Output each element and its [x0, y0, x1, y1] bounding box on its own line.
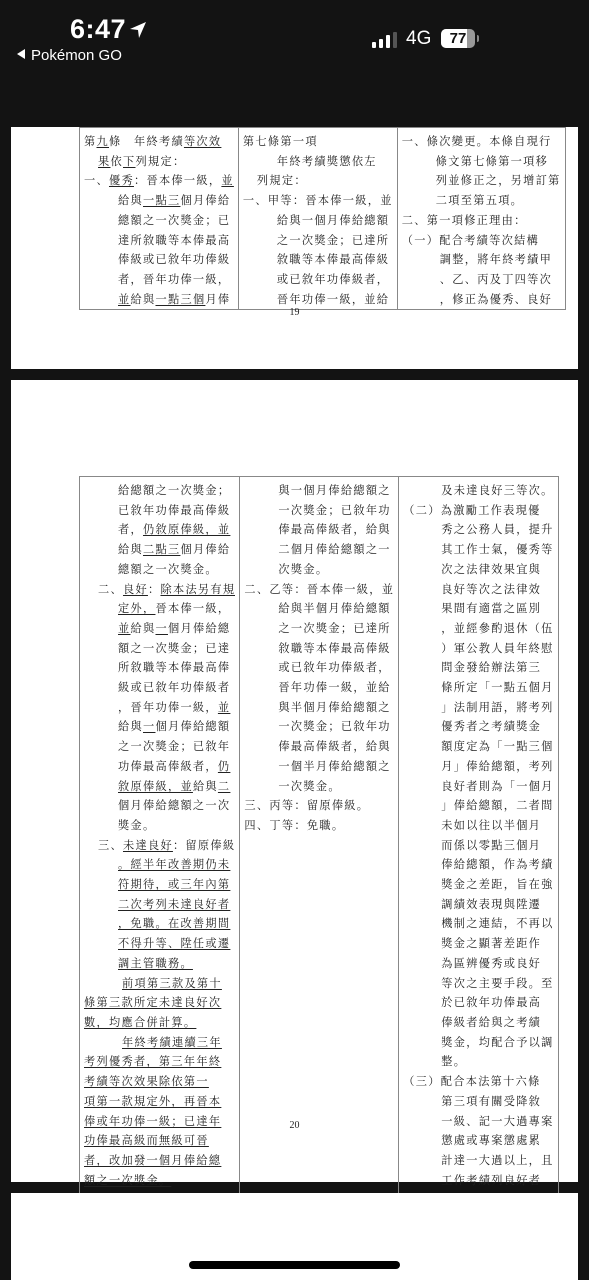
document-page-19: 第九條 年終考績等次效 果依下列規定： 一、優秀：晉本俸一級，並 給與一點三個月…	[11, 127, 578, 369]
text-line: 者，仍敘原俸級，並	[84, 520, 235, 540]
text-line: 二、良好：除本法另有規	[84, 580, 235, 600]
text-line: 不得升等、陞任或遷	[84, 934, 235, 954]
text-line: 獎金之差距，旨在強	[403, 875, 553, 895]
battery-tip	[477, 35, 479, 42]
text-line: 條所定「一點五個月	[403, 678, 553, 698]
text-line: 額度定為「一點三個	[403, 737, 553, 757]
text-line: 前項第三款及第十	[84, 974, 235, 994]
text-line: 等次之主要手段。至	[403, 974, 553, 994]
text-line: 獎金。	[84, 816, 235, 836]
text-line: 良好等次之法律效	[403, 580, 553, 600]
text-line: 總額之一次獎金。	[84, 560, 235, 580]
col-current-text: 與一個月俸給總額之 一次獎金；已敘年功 俸最高俸級者，給與 二個月俸給總額之一 …	[240, 477, 399, 1211]
battery-percent: 77	[441, 29, 475, 48]
text-line: 調整，將年終考績甲	[402, 250, 561, 270]
text-line: 俸最高俸級者，給與	[244, 520, 394, 540]
text-line: 調績效表現與陞遷	[403, 895, 553, 915]
text-line: 月」俸給總額，考列	[403, 757, 553, 777]
text-line: 問金發給辦法第三	[403, 658, 553, 678]
text-line: 俸級者給與之考績	[403, 1013, 553, 1033]
text-line: 考列優秀者，第三年年終	[84, 1052, 235, 1072]
text-line: 定外，晉本俸一級，	[84, 599, 235, 619]
comparison-table: 給總額之一次獎金； 已敘年功俸最高俸級 者，仍敘原俸級，並 給與二點三個月俸給 …	[79, 476, 559, 1211]
text-line: 一、優秀：晉本俸一級，並	[84, 171, 234, 191]
text-line: 給與一點三個月俸給	[84, 191, 234, 211]
text-line: ）軍公教人員年終慰	[403, 639, 553, 659]
text-line: 懲處或專案懲處累	[403, 1131, 553, 1151]
text-line: 未如以往以半個月	[403, 816, 553, 836]
text-line: 一、甲等：晉本俸一級，並	[243, 191, 393, 211]
text-line: 第七條第一項	[243, 132, 393, 152]
text-line: 二、乙等：晉本俸一級，並	[244, 580, 394, 600]
text-line: 給與半個月俸給總額	[244, 599, 394, 619]
text-line: 二個月俸給總額之一	[244, 540, 394, 560]
text-line: 獎金，均配合予以調	[403, 1033, 553, 1053]
text-line: 晉年功俸一級，並給	[244, 678, 394, 698]
battery-icon: 77	[441, 29, 475, 48]
text-line: 之一次獎金；已達所	[243, 231, 393, 251]
text-line: 列並修正之，另增訂第	[402, 171, 561, 191]
text-line: 於已敘年功俸最高	[403, 993, 553, 1013]
comparison-table: 第九條 年終考績等次效 果依下列規定： 一、優秀：晉本俸一級，並 給與一點三個月…	[79, 127, 566, 310]
text-line: 整。	[403, 1052, 553, 1072]
text-line: 者，晉年功俸一級，	[84, 270, 234, 290]
text-line: 四、丁等：免職。	[244, 816, 394, 836]
text-line: 敘職等本俸最高俸級	[244, 639, 394, 659]
text-line: 或已敘年功俸級者，	[244, 658, 394, 678]
text-line: 之一次獎金；已敘年	[84, 737, 235, 757]
text-line: 次獎金。	[244, 560, 394, 580]
text-line: 額之一次獎金；已達	[84, 639, 235, 659]
text-line: 給與二點三個月俸給	[84, 540, 235, 560]
text-line: （一）配合考績等次結構	[402, 231, 561, 251]
text-line: 良好者則為「一個月	[403, 777, 553, 797]
text-line: 考績等次效果除依第一	[84, 1072, 235, 1092]
text-line: 三、丙等：留原俸級。	[244, 796, 394, 816]
text-line: 並給與一個月俸給總	[84, 619, 235, 639]
text-line: 俸最高俸級者，給與	[244, 737, 394, 757]
text-line: 達所敘職等本俸最高	[84, 231, 234, 251]
network-type: 4G	[406, 28, 431, 50]
text-line: 條第三款所定未達良好次	[84, 993, 235, 1013]
text-line: 果依下列規定：	[84, 152, 234, 172]
text-line: 一個半月俸給總額之	[244, 757, 394, 777]
text-line: 與一個月俸給總額之	[244, 481, 394, 501]
page-number: 19	[11, 307, 578, 318]
text-line: 果間有適當之區別	[403, 599, 553, 619]
col-amended-text: 給總額之一次獎金； 已敘年功俸最高俸級 者，仍敘原俸級，並 給與二點三個月俸給 …	[80, 477, 240, 1211]
text-line: 俸級或已敘年功俸級	[84, 250, 234, 270]
text-line: 一次獎金；已敘年功	[244, 501, 394, 521]
text-line: 給總額之一次獎金；	[84, 481, 235, 501]
text-line: 第九條 年終考績等次效	[84, 132, 234, 152]
text-line: 個月俸給總額之一次	[84, 796, 235, 816]
document-page-20: 給總額之一次獎金； 已敘年功俸最高俸級 者，仍敘原俸級，並 給與二點三個月俸給 …	[11, 380, 578, 1182]
clock-time: 6:47	[70, 14, 126, 45]
back-app-label: Pokémon GO	[31, 47, 122, 64]
text-line: 次之法律效果宜與	[403, 560, 553, 580]
text-line: 俸給總額，作為考績	[403, 855, 553, 875]
text-line: 年終考績連續三年	[84, 1033, 235, 1053]
text-line: ，晉年功俸一級，並	[84, 698, 235, 718]
text-line: 者，改加發一個月俸給總	[84, 1151, 235, 1171]
text-line: （三）配合本法第十六條	[403, 1072, 553, 1092]
col-explanation: 及未達良好三等次。 （二）為激勵工作表現優 秀之公務人員，提升 其工作士氣，優秀…	[399, 477, 558, 1211]
text-line: 項第一款規定外，再晉本	[84, 1092, 235, 1112]
text-line: 敘職等本俸最高俸級	[243, 250, 393, 270]
text-line: 級或已敘年功俸級者	[84, 678, 235, 698]
text-line: 工作考績列良好者	[403, 1171, 553, 1191]
home-indicator[interactable]	[189, 1261, 400, 1269]
text-line: 敘原俸級，並給與二	[84, 777, 235, 797]
text-line: 給與一個月俸給總額	[84, 717, 235, 737]
text-line: 」法制用語，將考列	[403, 698, 553, 718]
text-line: 秀之公務人員，提升	[403, 520, 553, 540]
text-line: 優秀者之考績獎金	[403, 717, 553, 737]
col-current-text: 第七條第一項 年終考績獎懲依左 列規定： 一、甲等：晉本俸一級，並 給與一個月俸…	[238, 128, 397, 310]
text-line: （二）為激勵工作表現優	[403, 501, 553, 521]
text-line: 一、條次變更。本條自現行	[402, 132, 561, 152]
text-line: 其工作士氣，優秀等	[403, 540, 553, 560]
text-line: 獎金之顯著差距作	[403, 934, 553, 954]
text-line: 二項至第五項。	[402, 191, 561, 211]
text-line: 列規定：	[243, 171, 393, 191]
text-line: 所敘職等本俸最高俸	[84, 658, 235, 678]
text-line: 、乙、丙及丁四等次	[402, 270, 561, 290]
text-line: 一次獎金；已敘年功	[244, 717, 394, 737]
text-line: 調主管職務。	[84, 954, 235, 974]
text-line: 機制之連結，不再以	[403, 914, 553, 934]
col-amended-text: 第九條 年終考績等次效 果依下列規定： 一、優秀：晉本俸一級，並 給與一點三個月…	[80, 128, 239, 310]
cellular-signal-icon	[372, 32, 398, 48]
status-bar: 6:47 Pokémon GO 4G 77	[0, 0, 589, 120]
text-line: 年終考績獎懲依左	[243, 152, 393, 172]
text-line: 。經半年改善期仍未	[84, 855, 235, 875]
text-line: 或已敘年功俸級者，	[243, 270, 393, 290]
text-line: 三、未達良好：留原俸級	[84, 836, 235, 856]
text-line: 功俸最高級而無級可晉	[84, 1131, 235, 1151]
text-line: 一次獎金。	[244, 777, 394, 797]
text-line: 額之一次獎金。	[84, 1171, 235, 1191]
page-number: 20	[11, 1120, 578, 1131]
text-line: ，免職。在改善期間	[84, 914, 235, 934]
col-explanation: 一、條次變更。本條自現行 條文第七條第一項移 列並修正之，另增訂第 二項至第五項…	[397, 128, 565, 310]
text-line: 總額之一次獎金；已	[84, 211, 234, 231]
text-line: 條文第七條第一項移	[402, 152, 561, 172]
text-line: ，並經參酌退休（伍	[403, 619, 553, 639]
text-line: 而係以零點三個月	[403, 836, 553, 856]
text-line: 功俸最高俸級者，仍	[84, 757, 235, 777]
text-line: 數，均應合併計算。	[84, 1013, 235, 1033]
text-line: 符期待，或三年內第	[84, 875, 235, 895]
text-line: 二、第一項修正理由：	[402, 211, 561, 231]
back-to-app-button[interactable]: Pokémon GO	[17, 47, 122, 64]
text-line: 及未達良好三等次。	[403, 481, 553, 501]
text-line: 」俸給總額，二者間	[403, 796, 553, 816]
text-line: 計達一大過以上，且	[403, 1151, 553, 1171]
location-arrow-icon	[128, 20, 148, 40]
text-line: 為區辨優秀或良好	[403, 954, 553, 974]
text-line: 給與一個月俸給總額	[243, 211, 393, 231]
text-line: 之一次獎金；已達所	[244, 619, 394, 639]
text-line: 第三項有關受降敘	[403, 1092, 553, 1112]
text-line: 與半個月俸給總額之	[244, 698, 394, 718]
back-triangle-icon	[17, 49, 25, 59]
text-line: 二次考列未達良好者	[84, 895, 235, 915]
text-line: 已敘年功俸最高俸級	[84, 501, 235, 521]
